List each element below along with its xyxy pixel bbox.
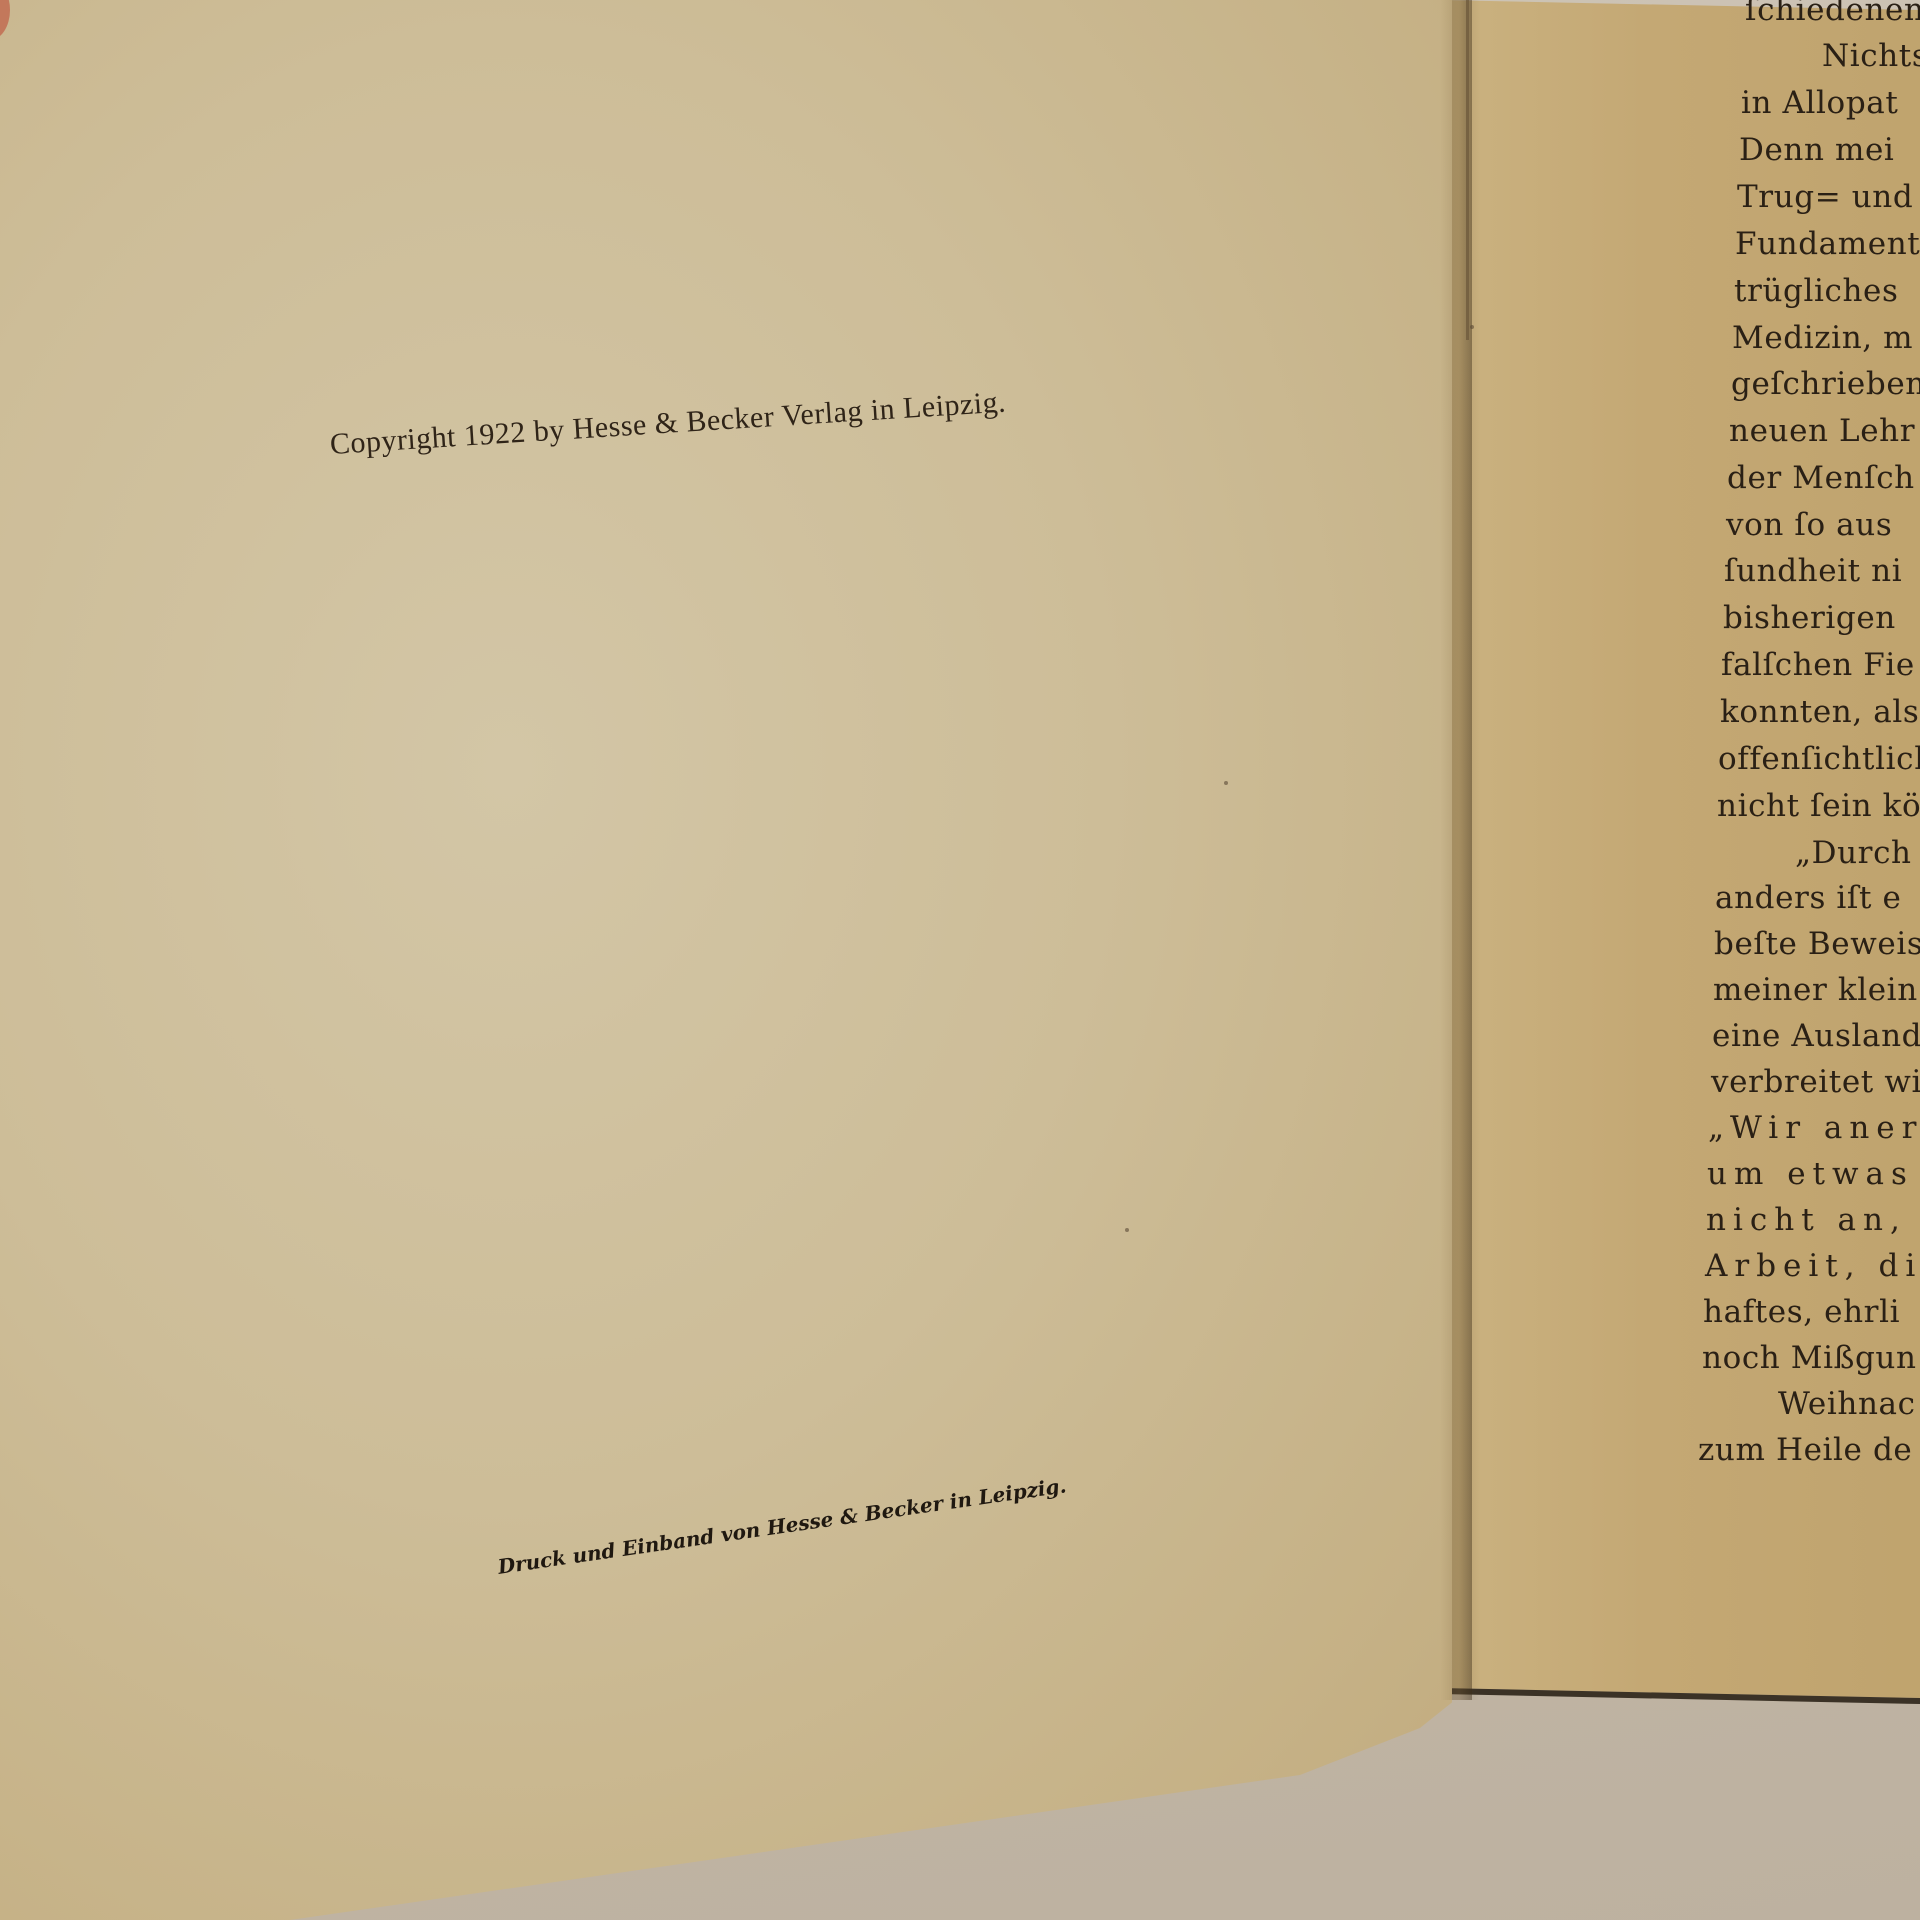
text-line: von ſo aus [1726,507,1892,543]
text-line: ſchiedenen [1745,0,1920,28]
dust-speck [1224,781,1228,785]
text-line: nicht ſein kö [1717,788,1920,824]
red-corner-mark [0,0,10,40]
dust-speck [1470,325,1474,329]
text-line: ſundheit ni [1724,553,1902,589]
text-line: in Allopat [1741,85,1898,121]
text-line: offenſichtliche [1718,741,1920,777]
text-line: falſchen Fie [1721,647,1915,683]
text-line: beſte Beweis [1714,926,1920,962]
text-line: um etwas [1707,1156,1914,1192]
text-line: der Menſch [1727,460,1915,496]
text-line: verbreitet wi [1711,1064,1920,1100]
text-line: konnten, als [1720,694,1919,730]
left-page [0,0,1452,1920]
text-line: Nichts [1822,38,1920,74]
text-line: eine Ausland [1712,1018,1920,1054]
text-line: Fundament [1735,226,1920,262]
text-line: zum Heile de [1698,1432,1912,1468]
text-line: „Wir aner [1708,1110,1920,1146]
text-line: trügliches [1734,273,1899,309]
page-edge-line [1466,0,1469,340]
book-photo: Copyright 1922 by Hesse & Becker Verlag … [0,0,1920,1920]
text-line: haftes, ehrli [1703,1294,1900,1330]
text-line: Trug= und [1737,179,1913,215]
text-line: bisherigen [1723,600,1896,636]
text-line: anders iſt e [1715,880,1901,916]
text-line: neuen Lehr [1729,413,1915,449]
text-line: „Durch [1795,835,1912,871]
text-line: noch Mißgun [1702,1340,1917,1376]
text-line: meiner klein [1713,972,1918,1008]
text-line: Denn mei [1739,132,1894,168]
dust-speck [1125,1228,1129,1232]
text-line: geſchrieben [1731,366,1920,402]
text-line: Medizin, m [1732,320,1913,356]
text-line: Arbeit, di [1705,1248,1920,1284]
text-line: nicht an, [1706,1202,1907,1238]
text-line: Weihnac [1778,1386,1916,1422]
